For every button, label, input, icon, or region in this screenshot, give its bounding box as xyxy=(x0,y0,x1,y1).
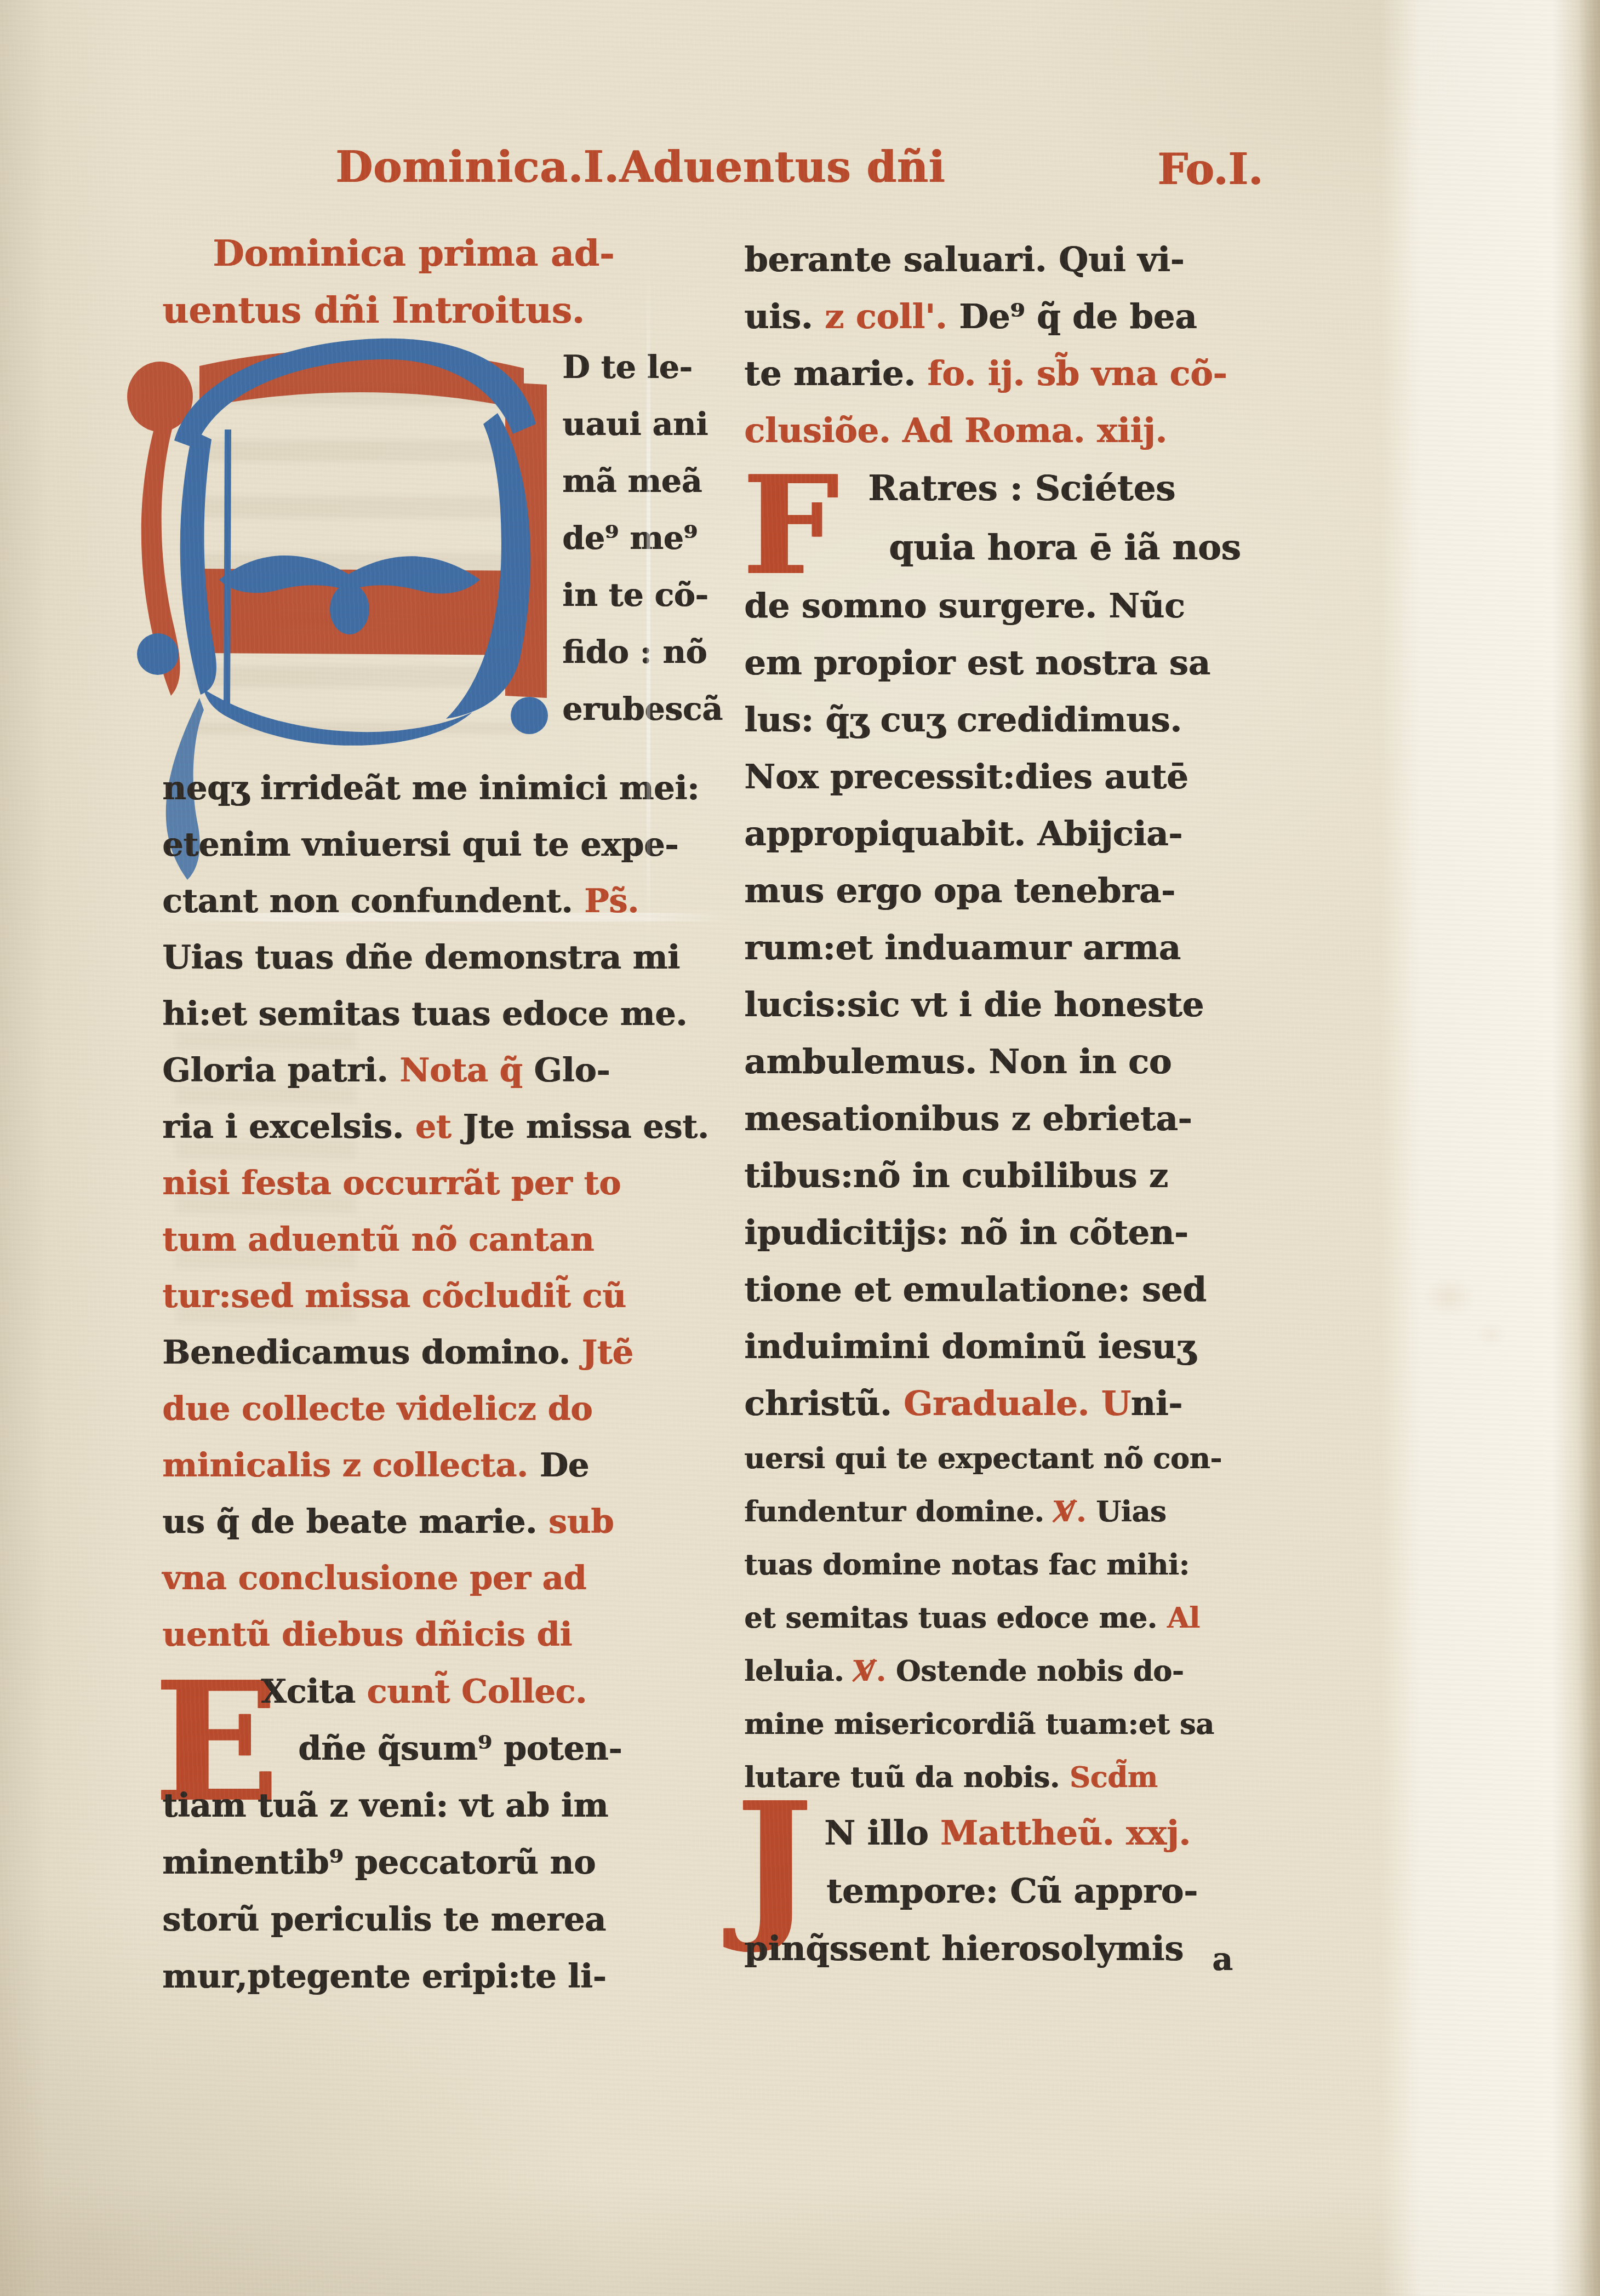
epistle-body: de somno surgere. Nũcem propior est nost… xyxy=(744,577,1210,1432)
text-run: Mattheũ. xxj. xyxy=(940,1813,1191,1853)
text-run: de somno surgere. Nũc xyxy=(744,586,1185,626)
gospel-body: pinq̃ssent hierosolymis xyxy=(744,1920,1184,1977)
text-run: Graduale. xyxy=(904,1383,1101,1423)
text-line: fundentur domine. V̸. Uias xyxy=(744,1485,1222,1538)
text-run: Ostende nobis do- xyxy=(896,1654,1184,1688)
text-run: mine misericordiã tuam:et sa xyxy=(744,1708,1214,1741)
text-line: ria i excelsis. et Jte missa est. xyxy=(162,1099,709,1155)
text-line: christũ. Graduale. Uni- xyxy=(744,1375,1210,1432)
text-line: pinq̃ssent hierosolymis xyxy=(744,1920,1184,1977)
text-run: minicalis z collecta. xyxy=(162,1446,540,1485)
text-line: us q̃ de beate marie. sub xyxy=(162,1494,709,1550)
text-run: neqʒ irrideãt me inimici mei: xyxy=(162,769,699,808)
text-run: D te le- xyxy=(562,348,692,386)
text-line: lucis:sic vt i die honeste xyxy=(744,976,1210,1033)
text-run: V̸. xyxy=(854,1654,896,1688)
introit-opening-lines: D te le-uaui animã meãde⁹ me⁹in te cõ-fi… xyxy=(562,339,723,737)
text-line: uis. z coll'. De⁹ q̃ de bea xyxy=(744,288,1227,345)
text-run: rum:et induamur arma xyxy=(744,927,1181,967)
text-run: V̸. xyxy=(1054,1495,1096,1528)
text-run: ctant non confundent. xyxy=(162,882,584,920)
text-line: tempore: Cũ appro- xyxy=(744,1862,1198,1920)
text-run: em propior est nostra sa xyxy=(744,643,1210,683)
text-run: Ps̃. xyxy=(584,882,639,920)
text-run: tur:sed missa cõcludit̃ cũ xyxy=(162,1277,626,1315)
text-line: Nox precessit:dies autē xyxy=(744,748,1210,805)
text-run: appropiquabit. Abijcia- xyxy=(744,814,1182,854)
text-run: mesationibus z ebrieta- xyxy=(744,1098,1192,1138)
text-run: pinq̃ssent hierosolymis xyxy=(744,1928,1184,1968)
text-line: mine misericordiã tuam:et sa xyxy=(744,1698,1222,1751)
text-line: dñe q̃sum⁹ poten- xyxy=(162,1720,622,1777)
text-line: tiam tuã z veni: vt ab im xyxy=(162,1777,622,1834)
text-line: lutare tuũ da nobis. Scd̃m xyxy=(744,1751,1222,1804)
text-line: in te cõ- xyxy=(562,566,723,623)
text-line: vna conclusione per ad xyxy=(162,1550,709,1607)
text-run: Jtẽ xyxy=(581,1333,633,1372)
text-line: mã meã xyxy=(562,453,723,509)
text-line: Benedicamus domino. Jtẽ xyxy=(162,1325,709,1381)
text-run: U xyxy=(1101,1383,1130,1423)
text-line: nisi festa occurrãt per to xyxy=(162,1155,709,1212)
text-line: te marie. fo. ij. sb̃ vna cõ- xyxy=(744,345,1227,402)
text-run: due collecte videlicz do xyxy=(162,1390,592,1428)
text-run: storũ periculis te merea xyxy=(162,1900,606,1939)
text-run: nisi festa occurrãt per to xyxy=(162,1164,621,1203)
text-line: minicalis z collecta. De xyxy=(162,1438,709,1494)
text-line: mus ergo opa tenebra- xyxy=(744,862,1210,919)
text-line: et semitas tuas edoce me. Al xyxy=(744,1591,1222,1645)
text-line: erubescã xyxy=(562,680,723,737)
text-line: tum aduentũ nõ cantan xyxy=(162,1212,709,1268)
text-run: berante saluari. Qui vi- xyxy=(744,239,1184,279)
text-run: mã meã xyxy=(562,462,702,500)
text-run: tum aduentũ nõ cantan xyxy=(162,1221,594,1259)
text-run: et semitas tuas edoce me. xyxy=(744,1601,1167,1635)
text-run: uis. xyxy=(744,296,825,336)
collect-block: Xcita cunt̃ Collec.dñe q̃sum⁹ poten-tiam… xyxy=(162,1663,622,2005)
text-line: mur,ptegente eripi:te li- xyxy=(162,1948,622,2005)
text-line: leluia. V̸. Ostende nobis do- xyxy=(744,1645,1222,1698)
text-line: mesationibus z ebrieta- xyxy=(744,1090,1210,1147)
gospel-opening: N illo Mattheũ. xxj.tempore: Cũ appro- xyxy=(744,1804,1198,1920)
text-line: due collecte videlicz do xyxy=(162,1381,709,1438)
text-run: uaui ani xyxy=(562,405,708,443)
epistle-opening: Ratres : Sciétesquia hora ē iã nos xyxy=(744,459,1241,577)
text-run: ni- xyxy=(1130,1383,1182,1423)
text-run: tiam tuã z veni: vt ab im xyxy=(162,1787,608,1825)
text-line: hi:et semitas tuas edoce me. xyxy=(162,986,709,1043)
text-run: induimini dominũ iesuʒ xyxy=(744,1326,1196,1366)
text-run: z coll'. xyxy=(825,296,959,336)
missal-page-scan: Dominica.I.Aduentus dñi Fo.I. Dominica p… xyxy=(0,0,1600,2296)
text-run: fo. ij. sb̃ vna cõ- xyxy=(927,353,1227,393)
text-line: Dominica prima ad- xyxy=(162,225,614,282)
text-run: dñe q̃sum⁹ poten- xyxy=(298,1730,622,1768)
text-line: Uias tuas dñe demonstra mi xyxy=(162,930,709,986)
text-run: lus: q̃ʒ cuʒ credidimus. xyxy=(744,700,1182,740)
text-run: mur,ptegente eripi:te li- xyxy=(162,1957,606,1996)
text-run: christũ. xyxy=(744,1383,904,1423)
text-line: Gloria patri. Nota q̃ Glo- xyxy=(162,1043,709,1099)
folio-number: Fo.I. xyxy=(1157,142,1263,197)
text-run: N illo xyxy=(824,1813,940,1853)
text-run: Scd̃m xyxy=(1070,1761,1158,1794)
text-line: minentib⁹ peccatorũ no xyxy=(162,1834,622,1891)
text-run: Benedicamus domino. xyxy=(162,1333,581,1372)
text-run: De xyxy=(540,1446,589,1485)
text-run: uersi qui te expectant nõ con- xyxy=(744,1442,1222,1475)
stain xyxy=(1475,1321,1507,1348)
text-line: N illo Mattheũ. xxj. xyxy=(744,1804,1198,1862)
text-run: Dominica prima ad- xyxy=(213,232,614,274)
text-run: cunt̃ Collec. xyxy=(367,1673,586,1711)
text-run: sub xyxy=(548,1503,614,1541)
text-line: tione et emulatione: sed xyxy=(744,1261,1210,1318)
text-line: berante saluari. Qui vi- xyxy=(744,231,1227,288)
text-line: em propior est nostra sa xyxy=(744,634,1210,691)
text-run: tempore: Cũ appro- xyxy=(826,1871,1198,1911)
text-run: uentus dñi Introitus. xyxy=(162,289,585,331)
text-run: Xcita xyxy=(261,1673,367,1711)
text-line: D te le- xyxy=(562,339,723,396)
text-run: tibus:nõ in cubilibus z xyxy=(744,1155,1168,1195)
text-run: vna conclusione per ad xyxy=(162,1559,586,1598)
text-line: lus: q̃ʒ cuʒ credidimus. xyxy=(744,691,1210,748)
text-line: storũ periculis te merea xyxy=(162,1891,622,1948)
text-run: Al xyxy=(1167,1601,1200,1635)
text-line: tuas domine notas fac mihi: xyxy=(744,1538,1222,1591)
text-run: in te cõ- xyxy=(562,576,708,614)
signature-mark: a xyxy=(1212,1940,1233,1978)
text-line: uersi qui te expectant nõ con- xyxy=(744,1432,1222,1485)
text-run: tione et emulatione: sed xyxy=(744,1269,1206,1309)
text-line: de somno surgere. Nũc xyxy=(744,577,1210,634)
text-run: Nox precessit:dies autē xyxy=(744,757,1188,797)
text-run: ambulemus. Non in co xyxy=(744,1041,1172,1081)
text-line: tibus:nõ in cubilibus z xyxy=(744,1147,1210,1204)
text-run: De⁹ q̃ de bea xyxy=(959,296,1197,336)
text-line: rum:et induamur arma xyxy=(744,919,1210,976)
text-run: Uias xyxy=(1096,1495,1166,1528)
text-line: etenim vniuersi qui te expe- xyxy=(162,817,709,873)
text-run: de⁹ me⁹ xyxy=(562,519,698,557)
gradual-verse: uersi qui te expectant nõ con-fundentur … xyxy=(744,1432,1222,1804)
text-line: uaui ani xyxy=(562,396,723,453)
text-run: etenim vniuersi qui te expe- xyxy=(162,826,678,864)
text-run: us q̃ de beate marie. xyxy=(162,1503,548,1541)
text-line: Ratres : Sciétes xyxy=(744,459,1241,518)
running-title: Dominica.I.Aduentus dñi xyxy=(335,140,945,195)
text-run: Gloria patri. xyxy=(162,1051,399,1090)
text-run: leluia. xyxy=(744,1654,854,1688)
text-line: ctant non confundent. Ps̃. xyxy=(162,873,709,930)
text-run: Jte missa est. xyxy=(462,1108,708,1146)
text-line: ipudicitijs: nõ in cõten- xyxy=(744,1204,1210,1261)
text-line: Xcita cunt̃ Collec. xyxy=(162,1663,622,1720)
right-column-top: berante saluari. Qui vi-uis. z coll'. De… xyxy=(744,231,1227,459)
text-line: ambulemus. Non in co xyxy=(744,1033,1210,1090)
text-line: neqʒ irrideãt me inimici mei: xyxy=(162,760,709,817)
text-run: et xyxy=(415,1108,462,1146)
text-line: fido : nõ xyxy=(562,623,723,680)
text-run: Ratres : Sciétes xyxy=(868,468,1175,509)
text-run: quia hora ē iã nos xyxy=(889,527,1241,568)
text-line: tur:sed missa cõcludit̃ cũ xyxy=(162,1268,709,1325)
text-line: appropiquabit. Abijcia- xyxy=(744,805,1210,862)
text-line: quia hora ē iã nos xyxy=(744,518,1241,577)
page-edge-shadow xyxy=(1578,0,1600,2296)
text-line: uentus dñi Introitus. xyxy=(162,282,614,339)
stain xyxy=(1424,1276,1476,1317)
text-run: Glo- xyxy=(534,1051,610,1090)
left-column-body: neqʒ irrideãt me inimici mei:etenim vniu… xyxy=(162,760,709,1663)
text-run: Uias tuas dñe demonstra mi xyxy=(162,938,680,977)
text-run: minentib⁹ peccatorũ no xyxy=(162,1843,596,1882)
text-run: erubescã xyxy=(562,690,723,728)
text-run: hi:et semitas tuas edoce me. xyxy=(162,995,687,1033)
text-run: clusiõe. Ad Roma. xiij. xyxy=(744,410,1167,450)
text-run: Nota q̃ xyxy=(399,1051,534,1090)
text-run: mus ergo opa tenebra- xyxy=(744,871,1175,911)
text-run: ipudicitijs: nõ in cõten- xyxy=(744,1212,1188,1252)
text-run: fido : nõ xyxy=(562,633,707,671)
text-line: de⁹ me⁹ xyxy=(562,509,723,566)
text-run: fundentur domine. xyxy=(744,1495,1054,1528)
fore-edge-highlight xyxy=(1381,0,1600,2296)
text-run: lucis:sic vt i die honeste xyxy=(744,984,1204,1024)
text-run: te marie. xyxy=(744,353,927,393)
text-run: ria i excelsis. xyxy=(162,1108,415,1146)
rubric-heading: Dominica prima ad-uentus dñi Introitus. xyxy=(162,225,614,339)
text-line: induimini dominũ iesuʒ xyxy=(744,1318,1210,1375)
text-run: tuas domine notas fac mihi: xyxy=(744,1548,1190,1582)
